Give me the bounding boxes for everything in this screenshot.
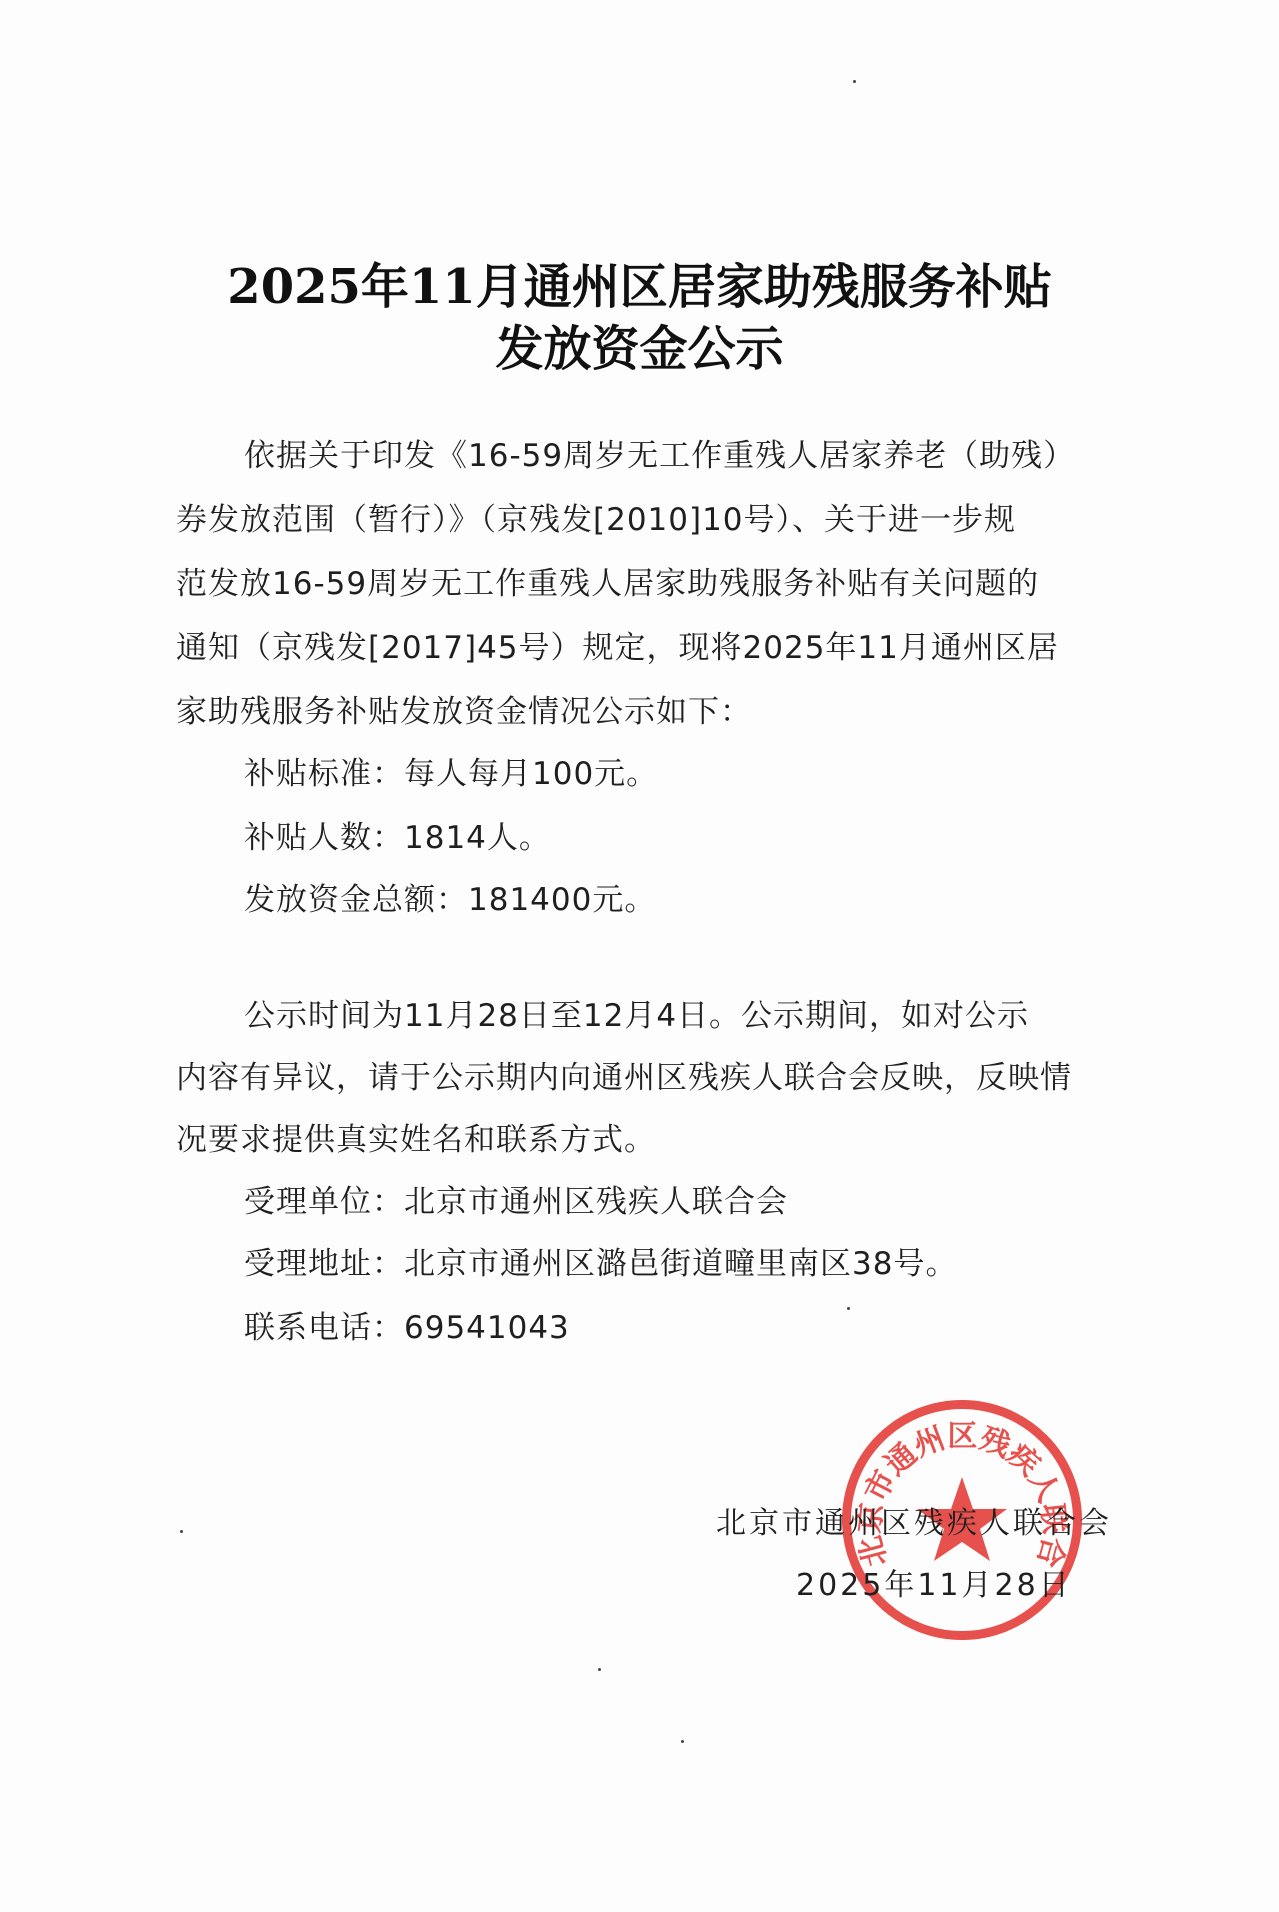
subsidy-count-value: 1814人。 (404, 820, 551, 856)
body-line-1: 依据关于印发《16-59周岁无工作重残人居家养老（助残） (244, 430, 1075, 475)
contact-unit-label: 受理单位： (244, 1184, 404, 1220)
notice-line-1: 公示时间为11月28日至12月4日。公示期间，如对公示 (244, 990, 1029, 1035)
document-title-line-2: 发放资金公示 (0, 310, 1279, 379)
body-line-4: 通知（京残发[2017]45号）规定，现将2025年11月通州区居 (176, 622, 1059, 667)
scan-speck (847, 1307, 850, 1310)
signature-date: 2025年11月28日 (796, 1560, 1072, 1604)
contact-phone-label: 联系电话： (244, 1310, 404, 1346)
contact-address: 受理地址：北京市通州区潞邑街道疃里南区38号。 (244, 1238, 957, 1283)
contact-address-label: 受理地址： (244, 1246, 404, 1282)
notice-line-2: 内容有异议，请于公示期内向通州区残疾人联合会反映，反映情 (176, 1052, 1072, 1097)
document-page: 2025年11月通州区居家助残服务补贴 发放资金公示 依据关于印发《16-59周… (0, 0, 1279, 1912)
body-line-3: 范发放16-59周岁无工作重残人居家助残服务补贴有关问题的 (176, 558, 1039, 603)
subsidy-standard-value: 每人每月100元。 (404, 756, 658, 792)
signature-org: 北京市通州区残疾人联合会 (716, 1498, 1112, 1542)
contact-phone-value: 69541043 (404, 1310, 570, 1346)
body-line-2: 券发放范围（暂行）》（京残发[2010]10号）、关于进一步规 (176, 494, 1016, 539)
subsidy-total: 发放资金总额：181400元。 (244, 874, 656, 919)
notice-line-3: 况要求提供真实姓名和联系方式。 (176, 1114, 656, 1159)
subsidy-standard: 补贴标准：每人每月100元。 (244, 748, 658, 793)
scan-speck (853, 80, 856, 83)
contact-unit: 受理单位：北京市通州区残疾人联合会 (244, 1176, 788, 1221)
body-line-5: 家助残服务补贴发放资金情况公示如下： (176, 686, 752, 731)
subsidy-standard-label: 补贴标准： (244, 756, 404, 792)
subsidy-count-label: 补贴人数： (244, 820, 404, 856)
subsidy-count: 补贴人数：1814人。 (244, 812, 551, 857)
subsidy-total-label: 发放资金总额： (244, 882, 468, 918)
scan-speck (598, 1668, 601, 1671)
document-title-line-1: 2025年11月通州区居家助残服务补贴 (0, 248, 1279, 317)
contact-unit-value: 北京市通州区残疾人联合会 (404, 1184, 788, 1220)
scan-speck (180, 1530, 183, 1533)
scan-speck (681, 1740, 684, 1743)
subsidy-total-value: 181400元。 (468, 882, 656, 918)
contact-address-value: 北京市通州区潞邑街道疃里南区38号。 (404, 1246, 957, 1282)
contact-phone: 联系电话：69541043 (244, 1302, 570, 1347)
